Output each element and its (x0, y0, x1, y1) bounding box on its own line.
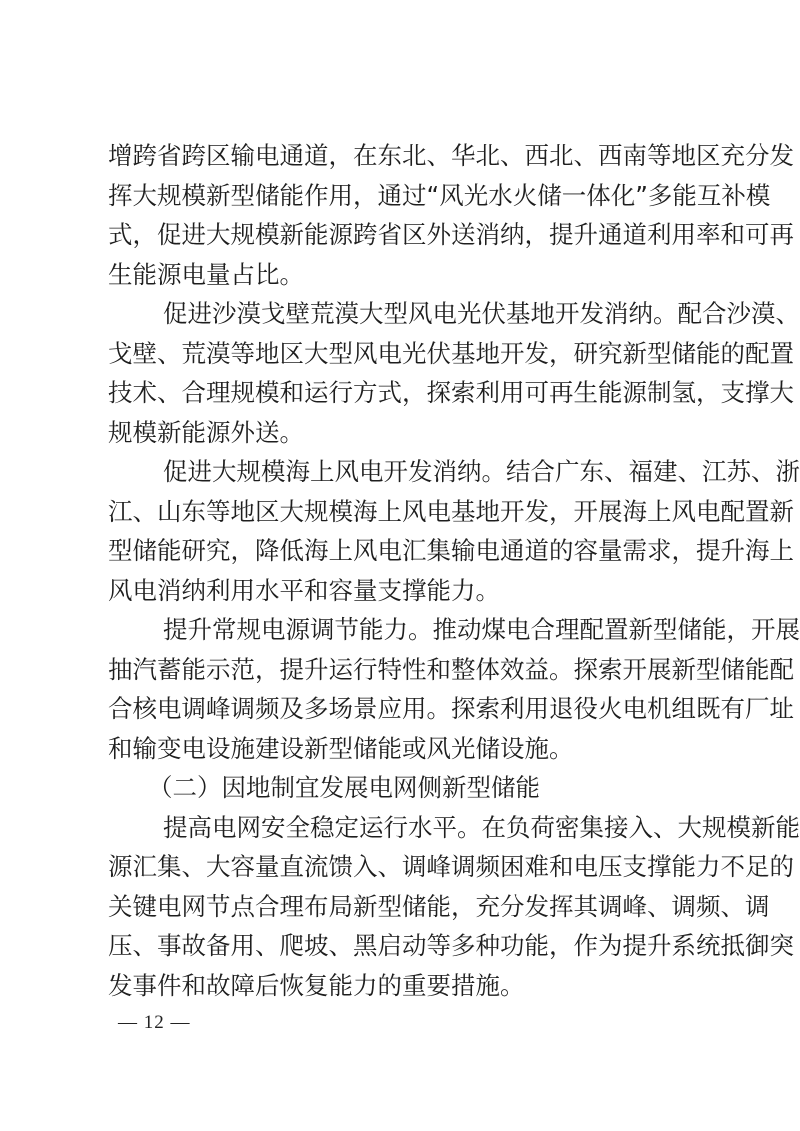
text-line: 源汇集、大容量直流馈入、调峰调频困难和电压支撑能力不足的 (108, 847, 692, 887)
document-page: 增跨省跨区输电通道，在东北、华北、西北、西南等地区充分发 挥大规模新型储能作用，… (0, 0, 800, 1131)
paragraph-continuation: 增跨省跨区输电通道，在东北、华北、西北、西南等地区充分发 挥大规模新型储能作用，… (108, 136, 692, 294)
page-number: — 12 — (118, 1012, 191, 1034)
document-body: 增跨省跨区输电通道，在东北、华北、西北、西南等地区充分发 挥大规模新型储能作用，… (108, 136, 692, 1005)
paragraph-desert-wind-solar: 促进沙漠戈壁荒漠大型风电光伏基地开发消纳。配合沙漠、 戈壁、荒漠等地区大型风电光… (108, 294, 692, 452)
text-line: 型储能研究，降低海上风电汇集输电通道的容量需求，提升海上 (108, 531, 692, 571)
text-line: 和输变电设施建设新型储能或风光储设施。 (108, 729, 692, 769)
text-line: 关键电网节点合理布局新型储能，充分发挥其调峰、调频、调 (108, 887, 692, 927)
section-heading: （二）因地制宜发展电网侧新型储能 (108, 768, 692, 808)
text-line: 抽汽蓄能示范，提升运行特性和整体效益。探索开展新型储能配 (108, 650, 692, 690)
paragraph-offshore-wind: 促进大规模海上风电开发消纳。结合广东、福建、江苏、浙 江、山东等地区大规模海上风… (108, 452, 692, 610)
text-line: 发事件和故障后恢复能力的重要措施。 (108, 966, 692, 1006)
text-line: 技术、合理规模和运行方式，探索利用可再生能源制氢，支撑大 (108, 373, 692, 413)
text-line: 生能源电量占比。 (108, 255, 692, 295)
heading-text: （二）因地制宜发展电网侧新型储能 (108, 768, 692, 808)
text-line: 促进沙漠戈壁荒漠大型风电光伏基地开发消纳。配合沙漠、 (108, 294, 692, 334)
text-line: 增跨省跨区输电通道，在东北、华北、西北、西南等地区充分发 (108, 136, 692, 176)
text-line: 式，促进大规模新能源跨省区外送消纳，提升通道利用率和可再 (108, 215, 692, 255)
text-line: 提升常规电源调节能力。推动煤电合理配置新型储能，开展 (108, 610, 692, 650)
text-line: 戈壁、荒漠等地区大型风电光伏基地开发，研究新型储能的配置 (108, 334, 692, 374)
text-line: 风电消纳利用水平和容量支撑能力。 (108, 571, 692, 611)
text-line: 提高电网安全稳定运行水平。在负荷密集接入、大规模新能 (108, 808, 692, 848)
text-line: 压、事故备用、爬坡、黑启动等多种功能，作为提升系统抵御突 (108, 926, 692, 966)
text-line: 规模新能源外送。 (108, 413, 692, 453)
text-line: 合核电调峰调频及多场景应用。探索利用退役火电机组既有厂址 (108, 689, 692, 729)
text-line: 促进大规模海上风电开发消纳。结合广东、福建、江苏、浙 (108, 452, 692, 492)
text-line: 挥大规模新型储能作用，通过“风光水火储一体化”多能互补模 (108, 176, 692, 216)
paragraph-grid-safety: 提高电网安全稳定运行水平。在负荷密集接入、大规模新能 源汇集、大容量直流馈入、调… (108, 808, 692, 1006)
paragraph-conventional-power: 提升常规电源调节能力。推动煤电合理配置新型储能，开展 抽汽蓄能示范，提升运行特性… (108, 610, 692, 768)
text-line: 江、山东等地区大规模海上风电基地开发，开展海上风电配置新 (108, 492, 692, 532)
